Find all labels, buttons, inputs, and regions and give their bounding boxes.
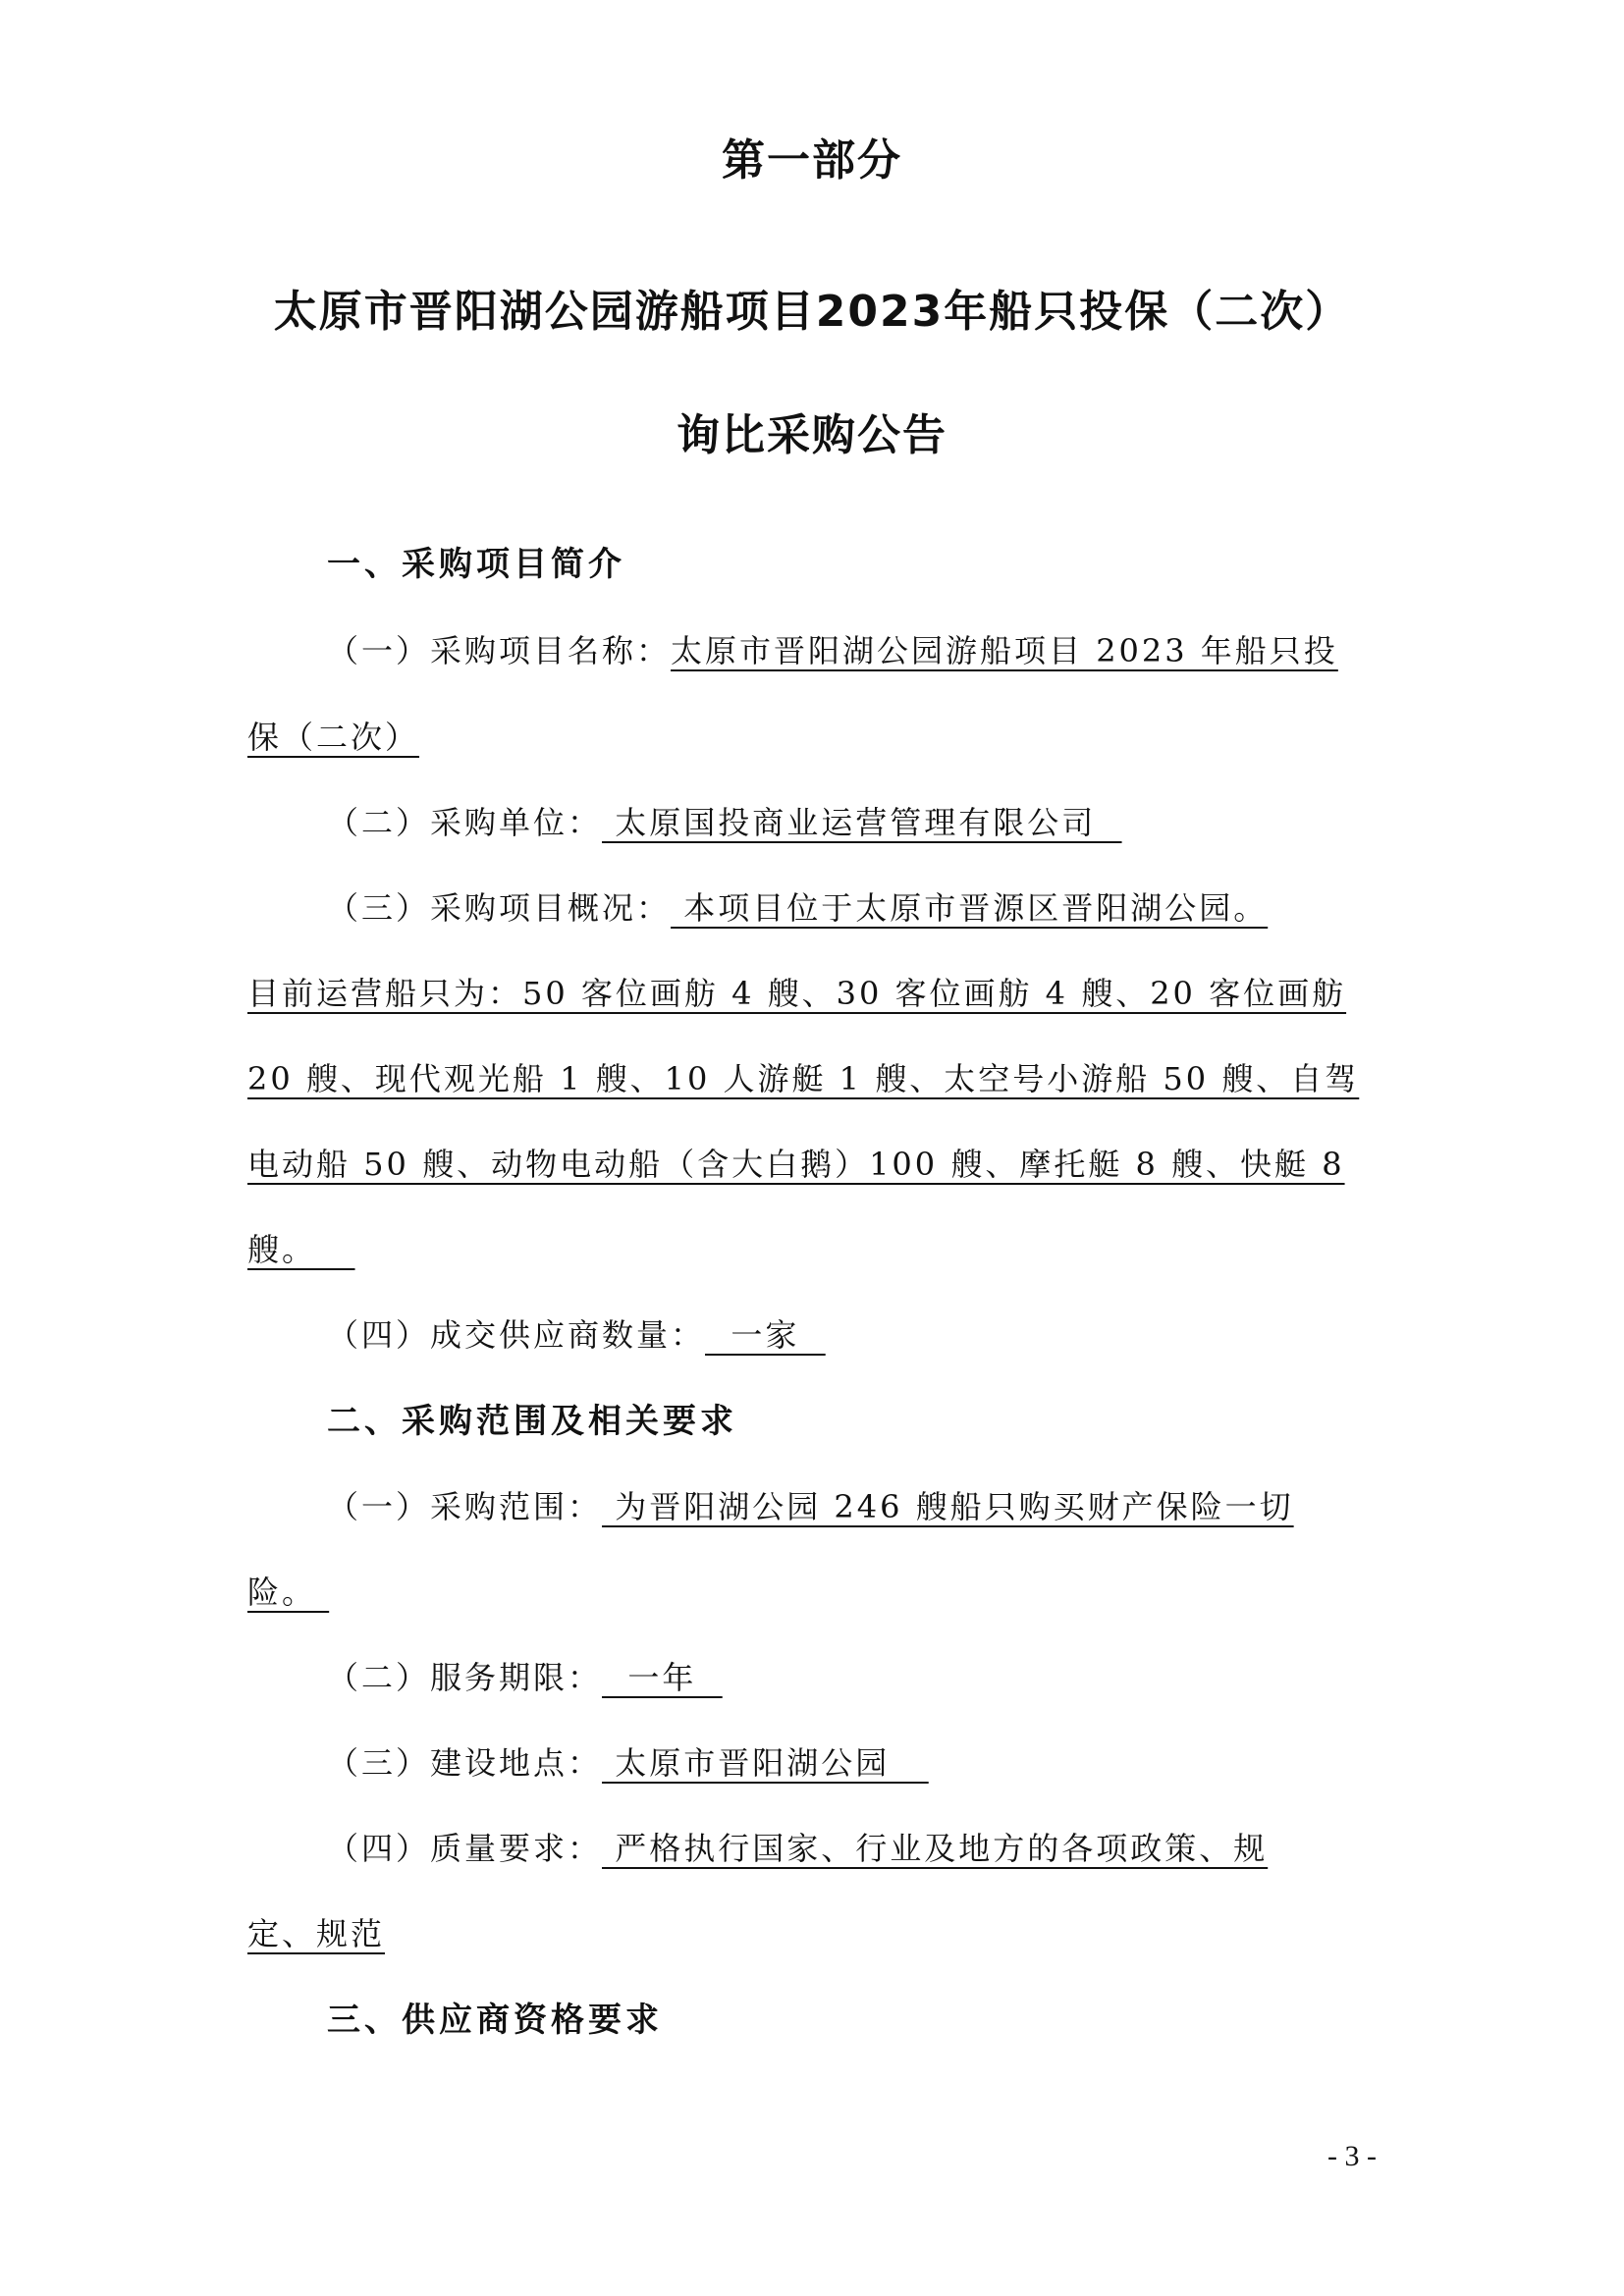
item-value-cont: 险。 <box>247 1574 329 1611</box>
item-label: （二）采购单位： <box>327 804 602 841</box>
item-value-cont: 定、规范 <box>247 1915 385 1952</box>
item-value: 太原国投商业运营管理有限公司 <box>602 804 1122 841</box>
item-1-2: （二）采购单位： 太原国投商业运营管理有限公司 <box>327 798 1122 847</box>
item-value: 太原市晋阳湖公园 <box>602 1744 929 1782</box>
document-page: 第一部分 太原市晋阳湖公园游船项目2023年船只投保（二次） 询比采购公告 一、… <box>0 0 1624 2296</box>
page-number: - 3 - <box>1327 2137 1377 2176</box>
section-heading-1: 一、采购项目简介 <box>327 540 625 589</box>
item-value: 为晋阳湖公园 246 艘船只购买财产保险一切 <box>602 1488 1294 1525</box>
item-value: 本项目位于太原市晋源区晋阳湖公园。 <box>671 889 1268 927</box>
item-value: 太原市晋阳湖公园游船项目 2023 年船只投 <box>671 632 1338 669</box>
item-label: （三）建设地点： <box>327 1744 602 1782</box>
part-title: 第一部分 <box>0 132 1624 190</box>
item-label: （四）质量要求： <box>327 1830 602 1867</box>
item-2-4-cont: 定、规范 <box>247 1909 385 1958</box>
main-title-line1: 太原市晋阳湖公园游船项目2023年船只投保（二次） <box>0 283 1624 342</box>
item-1-3-cont-3: 电动船 50 艘、动物电动船（含大白鹅）100 艘、摩托艇 8 艘、快艇 8 <box>247 1140 1345 1189</box>
item-label: （三）采购项目概况： <box>327 889 671 927</box>
section-heading-3: 三、供应商资格要求 <box>327 1996 663 2045</box>
section-heading-2: 二、采购范围及相关要求 <box>327 1397 737 1446</box>
item-1-3: （三）采购项目概况： 本项目位于太原市晋源区晋阳湖公园。 <box>327 883 1268 933</box>
item-value: 严格执行国家、行业及地方的各项政策、规 <box>602 1830 1268 1867</box>
item-value-cont: 电动船 50 艘、动物电动船（含大白鹅）100 艘、摩托艇 8 艘、快艇 8 <box>247 1146 1345 1183</box>
item-1-3-cont-4: 艘。 <box>247 1225 355 1274</box>
item-1-1-cont: 保（二次） <box>247 713 419 762</box>
item-value-cont: 目前运营船只为：50 客位画舫 4 艘、30 客位画舫 4 艘、20 客位画舫 <box>247 975 1346 1012</box>
item-label: （二）服务期限： <box>327 1659 602 1696</box>
main-title-line2: 询比采购公告 <box>0 406 1624 465</box>
item-value: 一年 <box>602 1659 723 1696</box>
item-2-2: （二）服务期限： 一年 <box>327 1653 723 1702</box>
item-label: （一）采购项目名称： <box>327 632 671 669</box>
item-2-3: （三）建设地点： 太原市晋阳湖公园 <box>327 1738 929 1788</box>
item-value-cont: 艘。 <box>247 1231 355 1268</box>
item-value: 一家 <box>705 1316 826 1354</box>
item-label: （一）采购范围： <box>327 1488 602 1525</box>
item-1-1: （一）采购项目名称：太原市晋阳湖公园游船项目 2023 年船只投 <box>327 626 1338 675</box>
item-value-cont: 20 艘、现代观光船 1 艘、10 人游艇 1 艘、太空号小游船 50 艘、自驾 <box>247 1060 1359 1097</box>
item-value-cont: 保（二次） <box>247 719 419 756</box>
item-1-4: （四）成交供应商数量： 一家 <box>327 1310 826 1360</box>
item-1-3-cont-2: 20 艘、现代观光船 1 艘、10 人游艇 1 艘、太空号小游船 50 艘、自驾 <box>247 1054 1359 1103</box>
item-1-3-cont-1: 目前运营船只为：50 客位画舫 4 艘、30 客位画舫 4 艘、20 客位画舫 <box>247 969 1346 1018</box>
item-label: （四）成交供应商数量： <box>327 1316 705 1354</box>
item-2-4: （四）质量要求： 严格执行国家、行业及地方的各项政策、规 <box>327 1824 1268 1873</box>
item-2-1: （一）采购范围： 为晋阳湖公园 246 艘船只购买财产保险一切 <box>327 1482 1294 1531</box>
item-2-1-cont: 险。 <box>247 1568 329 1617</box>
